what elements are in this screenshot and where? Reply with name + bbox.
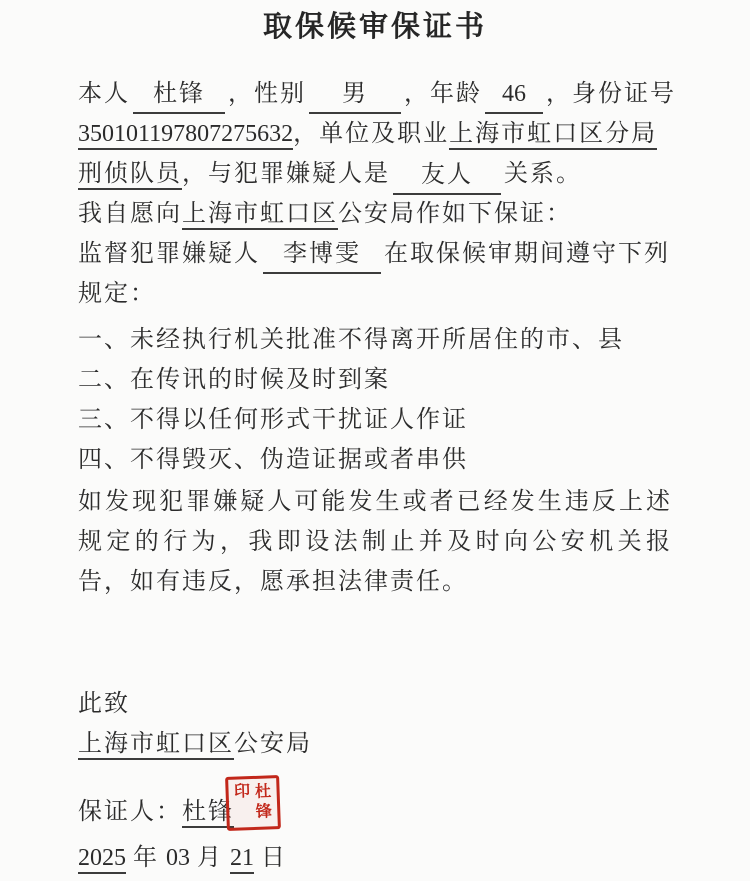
seal-right-column: 杜 锋	[255, 778, 273, 827]
rule-item-2: 二、在传讯的时候及时到案	[78, 360, 672, 400]
guarantor-label: 保证人：	[78, 799, 182, 825]
signature-line: 保证人：杜锋 印 杜 锋	[78, 792, 672, 832]
recipient-bureau: 公安局	[234, 731, 312, 757]
blank-gender: 男	[309, 76, 401, 114]
rules-intro-label: 规定：	[78, 281, 156, 307]
pledge-post-text: 公安局作如下保证：	[338, 201, 572, 227]
supervise-line-2: 规定：	[78, 274, 672, 314]
blank-relation: 友人	[393, 157, 501, 195]
rule-item-4: 四、不得毁灭、伪造证据或者串供	[78, 440, 672, 480]
pledge-line: 我自愿向上海市虹口区公安局作如下保证：	[78, 194, 672, 234]
label-relation: ，与犯罪嫌疑人是	[182, 161, 390, 187]
scanned-document-page: 取保候审保证书 本人杜锋，性别男，年龄46，身份证号 3501011978072…	[0, 0, 750, 881]
rule-item-3: 三、不得以任何形式干扰证人作证	[78, 400, 672, 440]
date-day-value: 21	[230, 845, 254, 874]
label-age: ，年龄	[404, 81, 482, 107]
personal-name-seal: 印 杜 锋	[225, 775, 281, 831]
violation-clause: 如发现犯罪嫌疑人可能发生或者已经发生违反上述规定的行为，我即设法制止并及时向公安…	[78, 482, 672, 602]
occupation-value-part2: 刑侦队员	[78, 161, 182, 190]
document-title: 取保候审保证书	[78, 6, 672, 48]
supervise-line: 监督犯罪嫌疑人李博雯在取保候审期间遵守下列	[78, 234, 672, 274]
supervise-pre-text: 监督犯罪嫌疑人	[78, 241, 260, 267]
date-line: 2025年03月21日	[78, 838, 672, 878]
seal-char-top: 杜	[255, 782, 272, 803]
occupation-value-part1: 上海市虹口区分局	[449, 121, 657, 150]
label-guarantor: 本人	[78, 81, 130, 107]
intro-line-1: 本人杜锋，性别男，年龄46，身份证号	[78, 74, 672, 114]
recipient-line: 上海市虹口区公安局	[78, 724, 672, 764]
closing-salutation: 此致	[78, 684, 672, 724]
pledge-pre-text: 我自愿向	[78, 201, 182, 227]
intro-line-3: 刑侦队员，与犯罪嫌疑人是友人关系。	[78, 154, 672, 194]
blank-suspect-name: 李博雯	[263, 236, 381, 274]
pledge-org-name: 上海市虹口区	[182, 201, 338, 230]
label-gender: ，性别	[228, 81, 306, 107]
rules-list: 一、未经执行机关批准不得离开所居住的市、县 二、在传讯的时候及时到案 三、不得以…	[78, 320, 672, 480]
date-year-value: 2025	[78, 845, 126, 874]
id-number-value: 350101197807275632	[78, 121, 293, 150]
date-day-label: 日	[261, 845, 287, 871]
seal-left-column: 印	[234, 779, 252, 828]
seal-char-bottom: 锋	[255, 802, 272, 823]
recipient-district: 上海市虹口区	[78, 731, 234, 760]
supervise-post-text: 在取保候审期间遵守下列	[384, 241, 670, 267]
rule-item-1: 一、未经执行机关批准不得离开所居住的市、县	[78, 320, 672, 360]
label-relation-suffix: 关系。	[504, 161, 582, 187]
label-id-number: ，身份证号	[546, 81, 676, 107]
date-month-label: 月	[197, 845, 223, 871]
date-month-value: 03	[166, 845, 190, 871]
intro-line-2: 350101197807275632，单位及职业上海市虹口区分局	[78, 114, 672, 154]
date-year-label: 年	[133, 845, 159, 871]
blank-age: 46	[485, 76, 543, 114]
bail-guarantee-document: 取保候审保证书 本人杜锋，性别男，年龄46，身份证号 3501011978072…	[0, 0, 750, 878]
blank-guarantor-name: 杜锋	[133, 76, 225, 114]
label-occupation: ，单位及职业	[293, 121, 449, 147]
